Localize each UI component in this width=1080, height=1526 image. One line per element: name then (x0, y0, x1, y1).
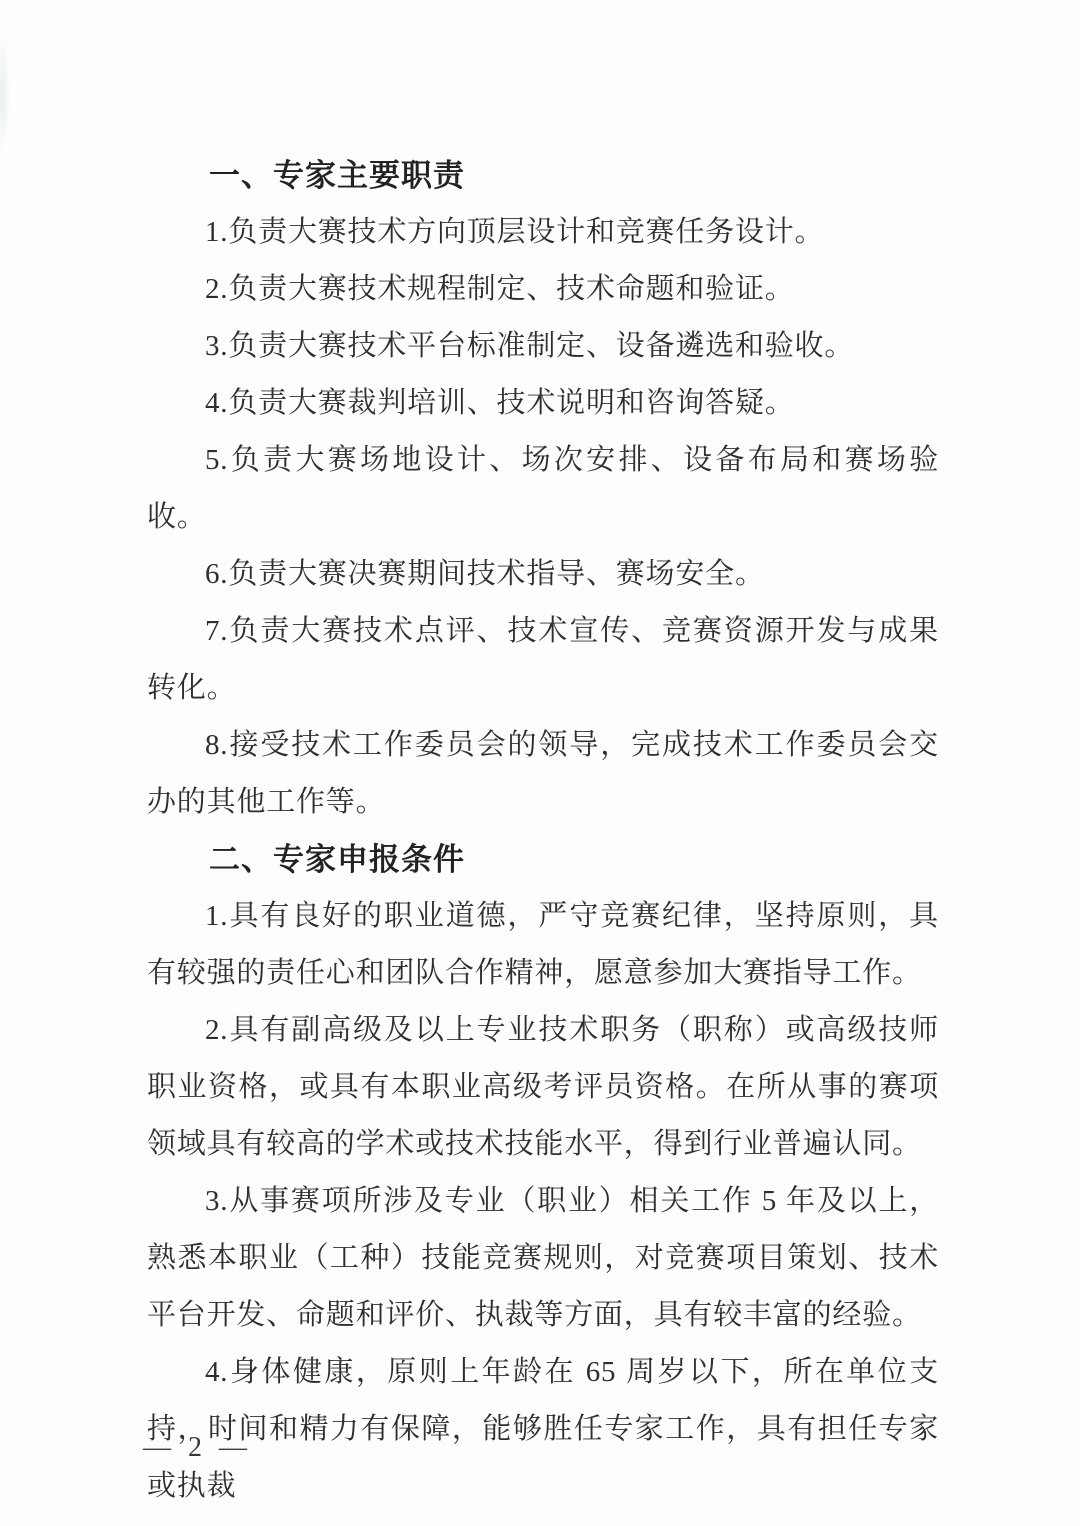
section-1-item-3: 3.负责大赛技术平台标准制定、设备遴选和验收。 (147, 318, 939, 375)
scan-artifact (0, 35, 10, 155)
section-1-heading: 一、专家主要职责 (147, 147, 939, 204)
document-page: 一、专家主要职责 1.负责大赛技术方向顶层设计和竞赛任务设计。 2.负责大赛技术… (0, 0, 1080, 1526)
section-2-item-2: 2.具有副高级及以上专业技术职务（职称）或高级技师职业资格，或具有本职业高级考评… (147, 1002, 939, 1173)
section-2-heading: 二、专家申报条件 (147, 831, 939, 888)
section-1-item-6: 6.负责大赛决赛期间技术指导、赛场安全。 (147, 546, 939, 603)
section-1-item-4: 4.负责大赛裁判培训、技术说明和咨询答疑。 (147, 375, 939, 432)
section-1-item-2: 2.负责大赛技术规程制定、技术命题和验证。 (147, 261, 939, 318)
section-1-item-8: 8.接受技术工作委员会的领导，完成技术工作委员会交办的其他工作等。 (147, 717, 939, 831)
section-1-item-1: 1.负责大赛技术方向顶层设计和竞赛任务设计。 (147, 204, 939, 261)
section-2-item-4: 4.身体健康，原则上年龄在 65 周岁以下，所在单位支持，时间和精力有保障，能够… (147, 1344, 939, 1515)
section-1-item-7: 7.负责大赛技术点评、技术宣传、竞赛资源开发与成果转化。 (147, 603, 939, 717)
section-2-item-1: 1.具有良好的职业道德，严守竞赛纪律，坚持原则，具有较强的责任心和团队合作精神，… (147, 888, 939, 1002)
document-body: 一、专家主要职责 1.负责大赛技术方向顶层设计和竞赛任务设计。 2.负责大赛技术… (147, 147, 939, 1515)
page-number: — 2 — (143, 1432, 252, 1464)
section-1-item-5: 5.负责大赛场地设计、场次安排、设备布局和赛场验收。 (147, 432, 939, 546)
section-2-item-3: 3.从事赛项所涉及专业（职业）相关工作 5 年及以上，熟悉本职业（工种）技能竞赛… (147, 1173, 939, 1344)
